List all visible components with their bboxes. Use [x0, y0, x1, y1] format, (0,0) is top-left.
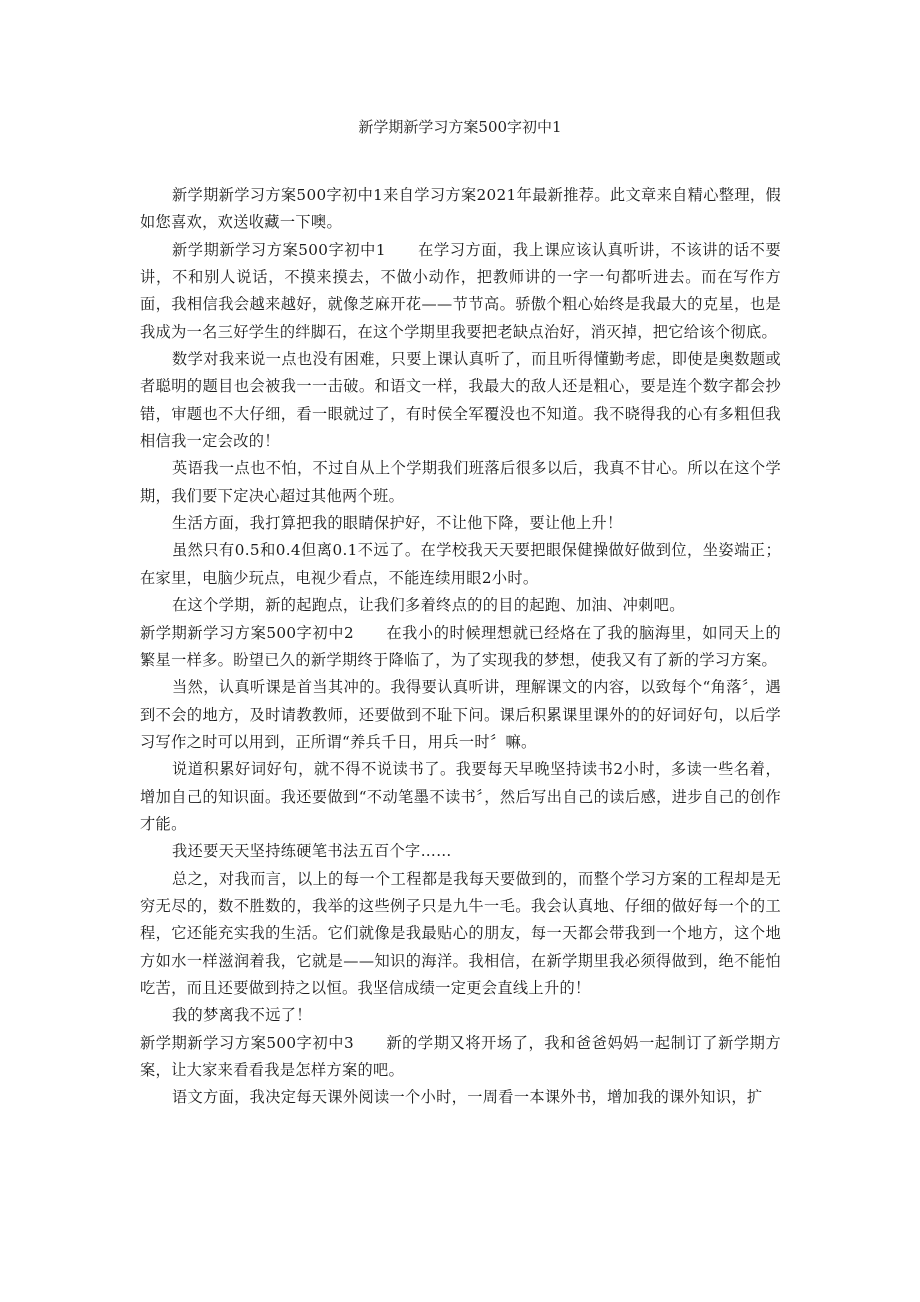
paragraph-english: 英语我一点也不怕，不过自从上个学期我们班落后很多以后，我真不甘心。所以在这个学期…	[140, 455, 781, 510]
paragraph-text: 生活方面，我打算把我的眼睛保护好，不让他下降，要让他上升！	[172, 514, 623, 532]
paragraph-text: 新学期新学习方案500字初中1来自学习方案2021年最新推荐。此文章来自精心整理…	[140, 186, 781, 231]
paragraph-new-start: 在这个学期，新的起跑点，让我们多着终点的的目的起跑、加油、冲刺吧。	[140, 592, 781, 619]
paragraph-text: 我还要天天坚持练硬笔书法五百个字……	[172, 842, 452, 860]
paragraph-text: 说道积累好词好句，就不得不说读书了。我要每天早晚坚持读书2小时，多读一些名着，增…	[140, 760, 781, 833]
paragraph-text: 我的梦离我不远了！	[172, 1006, 312, 1024]
paragraph-text: 虽然只有0.5和0.4但离0.1不远了。在学校我天天要把眼保健操做好做到位，坐姿…	[140, 541, 781, 586]
paragraph-plan-3-intro: 新学期新学习方案500字初中3新的学期又将开场了，我和爸爸妈妈一起制订了新学期方…	[140, 1030, 781, 1085]
paragraph-text: 在这个学期，新的起跑点，让我们多着终点的的目的起跑、加油、冲刺吧。	[172, 596, 685, 614]
section-heading-plan-2: 新学期新学习方案500字初中2	[140, 624, 354, 642]
paragraph-text: 总之，对我而言，以上的每一个工程都是我每天要做到的，而整个学习方案的工程却是无穷…	[140, 870, 781, 997]
paragraph-listening: 当然，认真听课是首当其冲的。我得要认真听讲，理解课文的内容，以致每个“角落〞，遇…	[140, 674, 781, 756]
document-title: 新学期新学习方案500字初中1	[0, 116, 920, 138]
section-heading-plan-3: 新学期新学习方案500字初中3	[140, 1034, 354, 1052]
paragraph-eyesight: 虽然只有0.5和0.4但离0.1不远了。在学校我天天要把眼保健操做好做到位，坐姿…	[140, 537, 781, 592]
paragraph-life: 生活方面，我打算把我的眼睛保护好，不让他下降，要让他上升！	[140, 510, 781, 537]
section-heading-plan-1: 新学期新学习方案500字初中1	[172, 241, 386, 259]
paragraph-text: 英语我一点也不怕，不过自从上个学期我们班落后很多以后，我真不甘心。所以在这个学期…	[140, 459, 781, 504]
paragraph-text: 当然，认真听课是首当其冲的。我得要认真听讲，理解课文的内容，以致每个“角落〞，遇…	[140, 678, 781, 751]
paragraph-chinese: 语文方面，我决定每天课外阅读一个小时，一周看一本课外书，增加我的课外知识，扩	[140, 1084, 781, 1111]
paragraph-intro: 新学期新学习方案500字初中1来自学习方案2021年最新推荐。此文章来自精心整理…	[140, 182, 781, 237]
document-page: 新学期新学习方案500字初中1 新学期新学习方案500字初中1来自学习方案202…	[0, 0, 920, 1302]
document-body: 新学期新学习方案500字初中1来自学习方案2021年最新推荐。此文章来自精心整理…	[140, 182, 781, 1112]
paragraph-text: 数学对我来说一点也没有困难，只要上课认真听了，而且听得懂勤考虑，即使是奥数题或者…	[140, 350, 781, 450]
paragraph-plan-1-study: 新学期新学习方案500字初中1在学习方面，我上课应该认真听讲，不该讲的话不要讲，…	[140, 237, 781, 346]
paragraph-summary: 总之，对我而言，以上的每一个工程都是我每天要做到的，而整个学习方案的工程却是无穷…	[140, 866, 781, 1003]
paragraph-text: 语文方面，我决定每天课外阅读一个小时，一周看一本课外书，增加我的课外知识，扩	[172, 1088, 762, 1106]
paragraph-math: 数学对我来说一点也没有困难，只要上课认真听了，而且听得懂勤考虑，即使是奥数题或者…	[140, 346, 781, 455]
paragraph-calligraphy: 我还要天天坚持练硬笔书法五百个字……	[140, 838, 781, 865]
paragraph-reading: 说道积累好词好句，就不得不说读书了。我要每天早晚坚持读书2小时，多读一些名着，增…	[140, 756, 781, 838]
paragraph-dream: 我的梦离我不远了！	[140, 1002, 781, 1029]
paragraph-plan-2-intro: 新学期新学习方案500字初中2在我小的时候理想就已经烙在了我的脑海里，如同天上的…	[140, 620, 781, 675]
